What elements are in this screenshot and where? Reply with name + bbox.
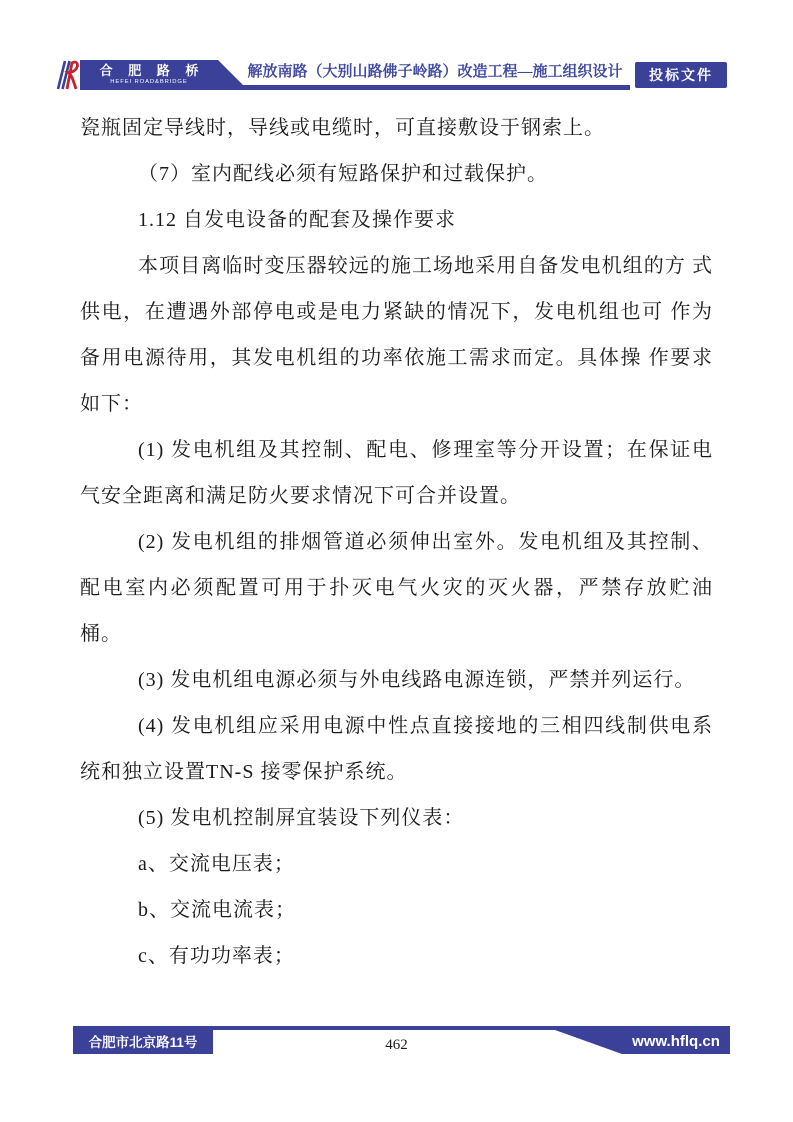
text-line-10: (2) 发电机组的排烟管道必须伸出室外。发电机组及其控制、 [80, 519, 713, 565]
text-line-2: （7）室内配线必须有短路保护和过载保护。 [80, 151, 713, 197]
text-line-5: 供电，在遭遇外部停电或是电力紧缺的情况下，发电机组也可 作为 [80, 289, 713, 335]
text-line-15: 统和独立设置TN-S 接零保护系统。 [80, 749, 713, 795]
page-number: 462 [0, 1034, 793, 1056]
text-line-9: 气安全距离和满足防火要求情况下可合并设置。 [80, 473, 713, 519]
text-line-13: (3) 发电机组电源必须与外电线路电源连锁，严禁并列运行。 [80, 657, 713, 703]
text-line-7: 如下： [80, 381, 713, 427]
document-page: 合 肥 路 桥 HEFEI ROAD&BRIDGE 解放南路（大别山路佛子岭路）… [0, 0, 793, 1122]
company-name-en: HEFEI ROAD&BRIDGE [110, 78, 187, 85]
company-name: 合 肥 路 桥 [94, 64, 205, 78]
bid-document-badge: 投标文件 [635, 62, 727, 88]
text-line-12: 桶。 [80, 611, 713, 657]
text-line-4: 本项目离临时变压器较远的施工场地采用自备发电机组的方 式 [80, 243, 713, 289]
text-line-18: b、交流电流表； [80, 887, 713, 933]
text-line-8: (1) 发电机组及其控制、配电、修理室等分开设置；在保证电 [80, 427, 713, 473]
company-logo-text: 合 肥 路 桥 HEFEI ROAD&BRIDGE [80, 60, 218, 90]
text-line-11: 配电室内必须配置可用于扑灭电气火灾的灭火器，严禁存放贮油 [80, 565, 713, 611]
text-line-1: 瓷瓶固定导线时，导线或电缆时，可直接敷设于钢索上。 [80, 105, 713, 151]
text-line-19: c、有功功率表； [80, 933, 713, 979]
text-line-17: a、交流电压表； [80, 841, 713, 887]
text-line-3: 1.12 自发电设备的配套及操作要求 [80, 197, 713, 243]
text-line-16: (5) 发电机控制屏宜装设下列仪表： [80, 795, 713, 841]
document-header-title: 解放南路（大别山路佛子岭路）改造工程—施工组织设计 [235, 61, 635, 84]
text-line-6: 备用电源待用，其发电机组的功率依施工需求而定。具体操 作要求 [80, 335, 713, 381]
text-line-14: (4) 发电机组应采用电源中性点直接接地的三相四线制供电系 [80, 703, 713, 749]
document-body: 瓷瓶固定导线时，导线或电缆时，可直接敷设于钢索上。（7）室内配线必须有短路保护和… [80, 105, 713, 979]
hefei-road-bridge-logo-icon [55, 59, 79, 91]
